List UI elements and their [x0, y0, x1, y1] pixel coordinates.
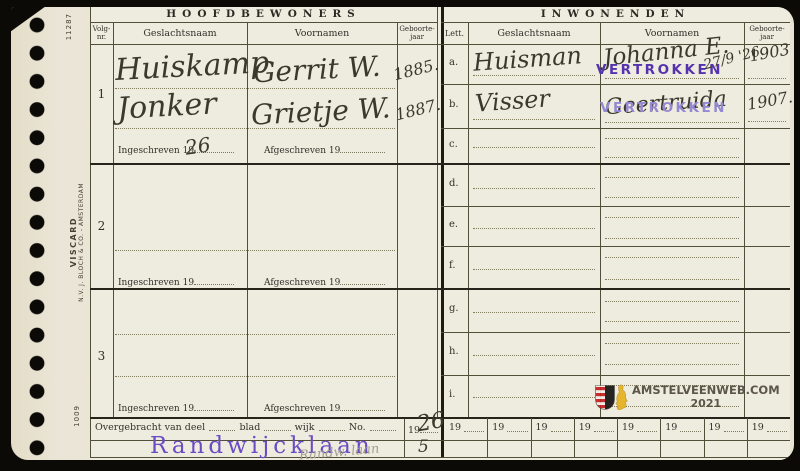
empty-cell	[617, 441, 660, 457]
column-header-geboortejaar-left: Geboorte- jaar	[397, 25, 437, 41]
year-prefix: 19	[665, 422, 677, 433]
rule	[90, 163, 790, 165]
writing-line	[605, 177, 739, 178]
afgeschreven-text: Afgeschreven 19	[264, 278, 340, 288]
row-letter: f.	[449, 260, 456, 271]
watermark-site: AMSTELVEENWEB.COM	[632, 384, 780, 397]
rule	[441, 246, 790, 247]
right-section-title: INWONENDEN	[441, 8, 790, 20]
empty-cell	[704, 441, 747, 457]
afgeschreven-label: Afgeschreven 19	[264, 143, 385, 156]
column-header-geboorte-line1: Geboorte-	[744, 25, 790, 33]
column-header-geslachtsnaam-left: Geslachtsnaam	[113, 28, 247, 39]
dotted-leader	[264, 421, 290, 431]
dotted-leader	[637, 422, 657, 432]
dotted-leader	[767, 422, 787, 432]
row-letter: i.	[449, 389, 455, 400]
writing-line	[473, 312, 595, 313]
rule	[113, 22, 114, 417]
row-letter: e.	[449, 219, 458, 230]
ingeschreven-label: Ingeschreven 19	[118, 275, 234, 288]
no-label: No.	[349, 422, 366, 433]
writing-line	[605, 238, 739, 239]
lion-icon	[614, 384, 629, 410]
empty-cell	[531, 441, 574, 457]
year-prefix: 19	[536, 422, 548, 433]
writing-line	[473, 355, 595, 356]
writing-line	[473, 147, 595, 148]
year-prefix: 19	[579, 422, 591, 433]
rule	[90, 22, 437, 23]
year-cell: 19	[445, 418, 487, 440]
registration-card: 11287 VISCARD N.V. J. BLOCH & CO. - AMST…	[11, 7, 794, 460]
year-prefix: 19	[449, 422, 461, 433]
rule	[468, 22, 469, 417]
year-prefix: 19	[492, 422, 504, 433]
writing-line	[473, 228, 595, 229]
handwritten-surname: Jonker	[116, 86, 217, 126]
wijk-label: wijk	[295, 422, 315, 433]
rule	[441, 22, 790, 23]
overgebracht-label: Overgebracht van deel	[95, 422, 205, 433]
rule	[744, 22, 745, 417]
writing-line	[605, 343, 739, 344]
dotted-leader	[340, 143, 385, 153]
column-header-volgnr-line1: Volg-	[90, 25, 113, 33]
printer-name-text: VISCARD	[69, 217, 78, 267]
afgeschreven-text: Afgeschreven 19	[264, 404, 340, 414]
writing-line	[605, 122, 739, 123]
rule	[404, 417, 405, 458]
row-letter: a.	[449, 57, 458, 68]
writing-line	[605, 301, 739, 302]
writing-line	[605, 157, 739, 158]
ingeschreven-label: Ingeschreven 19	[118, 401, 234, 414]
column-header-voornamen-left: Voornamen	[247, 28, 397, 39]
handwritten-firstname: Gerrit W.	[252, 50, 381, 90]
empty-cell	[487, 441, 530, 457]
writing-line	[605, 217, 739, 218]
printer-address-text: N.V. J. BLOCH & CO. - AMSTERDAM	[78, 183, 85, 302]
column-header-lett: Lett.	[441, 29, 468, 38]
handwritten-surname: Visser	[474, 84, 551, 117]
serial-number-top: 11287	[65, 13, 73, 44]
writing-line	[605, 197, 739, 198]
serial-top-text: 11287	[65, 13, 73, 40]
coat-of-arms-icon	[595, 385, 615, 410]
dotted-leader	[340, 275, 385, 285]
year-cells-row: 19 19 19 19 19 19 19 19	[445, 418, 790, 440]
dotted-leader	[551, 422, 571, 432]
writing-line	[748, 78, 786, 79]
empty-cell	[747, 441, 790, 457]
row-letter: c.	[449, 139, 458, 150]
year-prefix: 19	[622, 422, 634, 433]
writing-line	[473, 188, 595, 189]
dotted-leader	[680, 422, 700, 432]
ingeschreven-text: Ingeschreven 19	[118, 404, 194, 414]
afgeschreven-label: Afgeschreven 19	[264, 401, 385, 414]
writing-line	[605, 279, 739, 280]
rule	[600, 22, 601, 417]
watermark: AMSTELVEENWEB.COM 2021	[595, 384, 780, 410]
vertrokken-stamp: VERTROKKEN	[600, 100, 727, 116]
dotted-leader	[594, 422, 614, 432]
year-cell: 19	[531, 418, 574, 440]
rule	[441, 206, 790, 207]
row-number: 1	[90, 87, 113, 101]
writing-line	[605, 257, 739, 258]
dotted-leader	[464, 422, 484, 432]
dotted-leader	[340, 401, 385, 411]
dotted-leader	[209, 421, 235, 431]
dotted-leader	[724, 422, 744, 432]
empty-cell	[660, 441, 703, 457]
writing-line	[748, 121, 786, 122]
year-cell: 19	[660, 418, 703, 440]
rule	[247, 22, 248, 417]
watermark-text: AMSTELVEENWEB.COM 2021	[632, 384, 780, 410]
left-section-title: HOOFDBEWONERS	[90, 8, 437, 20]
dotted-leader	[370, 421, 396, 431]
empty-cell	[445, 441, 487, 457]
year-cell: 19	[574, 418, 617, 440]
year-cell: 19	[487, 418, 530, 440]
year-prefix: 19	[709, 422, 721, 433]
column-header-geboorte-line2: jaar	[397, 33, 437, 41]
year-prefix: 19	[752, 422, 764, 433]
writing-line	[605, 138, 739, 139]
row-letter: g.	[449, 303, 459, 314]
serial-bottom-text: 1009	[73, 405, 81, 427]
writing-line	[115, 376, 395, 377]
dotted-leader	[194, 275, 234, 285]
punch-holes	[28, 11, 46, 459]
ingeschreven-label: Ingeschreven 19	[118, 143, 234, 156]
rule	[441, 332, 790, 333]
rule	[441, 375, 790, 376]
printer-imprint: VISCARD N.V. J. BLOCH & CO. - AMSTERDAM	[69, 155, 85, 330]
row-letter: h.	[449, 346, 459, 357]
rule	[441, 84, 790, 85]
year-cell: 19	[617, 418, 660, 440]
writing-line	[473, 397, 595, 398]
dotted-leader	[507, 422, 527, 432]
empty-cells-row	[445, 441, 790, 457]
dotted-leader	[319, 421, 345, 431]
handwritten-house-number: 5	[418, 437, 429, 457]
column-header-volgnr: Volg- nr.	[90, 25, 113, 41]
row-letter: b.	[449, 99, 459, 110]
ingeschreven-text: Ingeschreven 19	[118, 146, 194, 156]
watermark-year: 2021	[632, 397, 780, 410]
afgeschreven-label: Afgeschreven 19	[264, 275, 385, 288]
column-header-geboorte-line1: Geboorte-	[397, 25, 437, 33]
writing-line	[115, 250, 395, 251]
row-letter: d.	[449, 178, 459, 189]
handwritten-ingeschreven-year: 26	[183, 132, 212, 159]
serial-number-bottom: 1009	[73, 405, 81, 431]
rule	[90, 288, 790, 290]
writing-line	[115, 334, 395, 335]
writing-line	[605, 321, 739, 322]
overgebracht-row: Overgebracht van deel blad wijk No.	[95, 421, 400, 433]
afgeschreven-text: Afgeschreven 19	[264, 146, 340, 156]
writing-line	[605, 78, 739, 79]
year-cell: 19	[704, 418, 747, 440]
writing-line	[473, 119, 595, 120]
row-number: 3	[90, 349, 113, 363]
writing-line	[473, 269, 595, 270]
empty-cell	[574, 441, 617, 457]
handwritten-year: 26	[415, 408, 447, 437]
writing-line	[605, 364, 739, 365]
blad-label: blad	[239, 422, 260, 433]
rule	[441, 128, 790, 129]
year-cell: 19	[747, 418, 790, 440]
section-divider-rule	[441, 7, 444, 458]
column-header-volgnr-line2: nr.	[90, 33, 113, 41]
dotted-leader	[194, 401, 234, 411]
row-number: 2	[90, 219, 113, 233]
ingeschreven-text: Ingeschreven 19	[118, 278, 194, 288]
column-header-geslachtsnaam-right: Geslachtsnaam	[468, 28, 600, 39]
column-header-geboortejaar-right: Geboorte- jaar	[744, 25, 790, 41]
